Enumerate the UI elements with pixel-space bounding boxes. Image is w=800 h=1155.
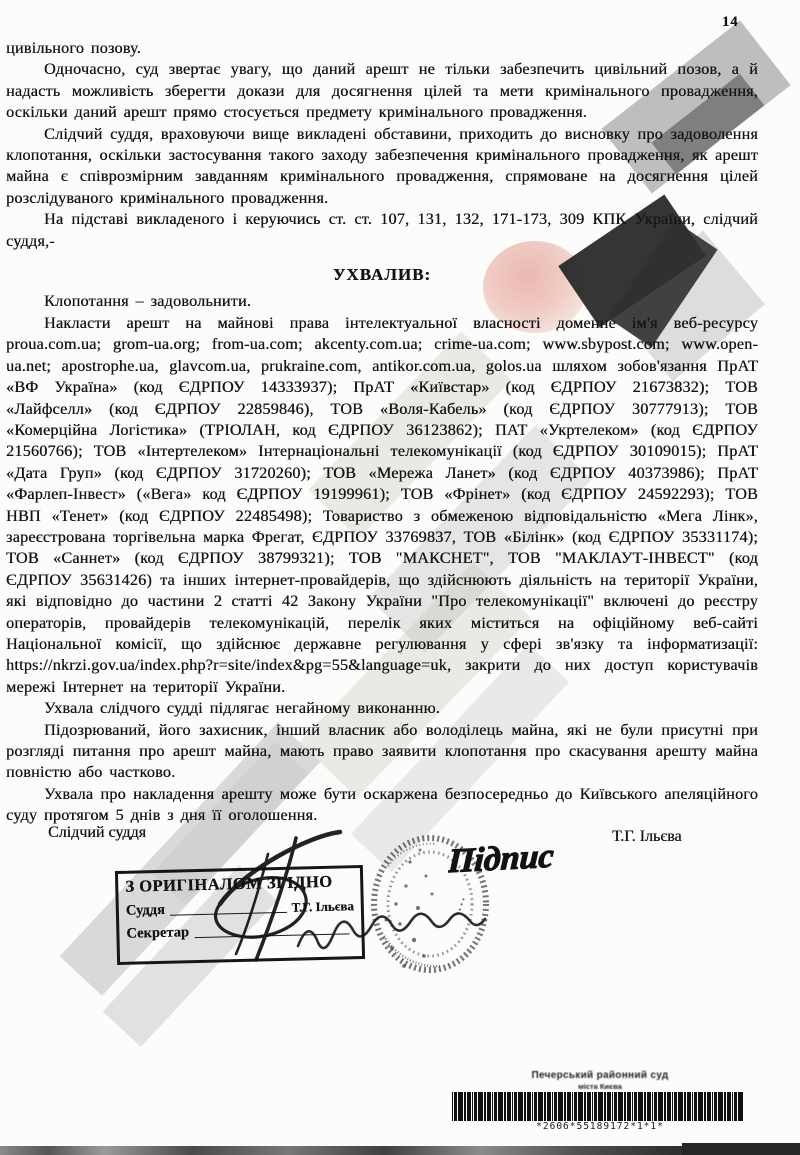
barcode-number: *2606*55189172*1*1* bbox=[452, 1121, 748, 1132]
paragraph: Слідчий суддя, враховуючи вище викладені… bbox=[6, 124, 758, 210]
page-number: 14 bbox=[722, 14, 739, 31]
paragraph: Клопотання – задовольнити. bbox=[6, 291, 758, 312]
signature-line bbox=[194, 921, 350, 938]
footer-court-name: Печерський районний суд bbox=[452, 1070, 748, 1081]
stamp-title: З ОРИГІНАЛОМ ЗГІДНО bbox=[125, 871, 353, 897]
footer-court-city: міста Києва bbox=[452, 1082, 748, 1091]
stamp-secretary-label: Секретар bbox=[126, 924, 189, 943]
stamp-judge-name: Т.Г. Ільєва bbox=[291, 898, 354, 916]
judge-title-label: Слідчий суддя bbox=[48, 824, 146, 842]
paragraph: Накласти арешт на майнові права інтелект… bbox=[6, 313, 758, 698]
judge-name: Т.Г. Ільєва bbox=[612, 828, 682, 846]
scan-edge-strip-right bbox=[682, 1143, 800, 1155]
barcode-gap bbox=[743, 1092, 744, 1121]
ruling-heading: УХВАЛИВ: bbox=[6, 264, 758, 285]
handwritten-note: Підпис bbox=[448, 830, 608, 892]
stamp-judge-label: Суддя bbox=[126, 902, 165, 920]
seal-rim-text: • • • bbox=[454, 896, 468, 913]
stamp-judge-row: Суддя Т.Г. Ільєва bbox=[126, 897, 354, 920]
paragraph: Підозрюваний, його захисник, інший власн… bbox=[6, 720, 758, 784]
paragraph: Ухвала слідчого судді підлягає негайному… bbox=[6, 698, 758, 719]
paragraph: Одночасно, суд звертає увагу, що даний а… bbox=[6, 59, 758, 123]
document-body: цивільного позову.Одночасно, суд звертає… bbox=[6, 38, 758, 827]
footer-court-block: Печерський районний суд міста Києва bbox=[452, 1070, 748, 1091]
barcode bbox=[452, 1092, 748, 1121]
paragraph: Ухвала про накладення арешту може бути о… bbox=[6, 784, 758, 827]
scanned-court-document-page: 14 цивільного позову.Одночасно, суд звер… bbox=[0, 0, 800, 1155]
scan-edge-strip bbox=[0, 1146, 800, 1155]
paragraph: цивільного позову. bbox=[6, 38, 758, 59]
court-seal-icon: • • • bbox=[366, 816, 500, 992]
paragraph: На підставі викладеного і керуючись ст. … bbox=[6, 209, 758, 252]
signature-line bbox=[170, 900, 287, 916]
certification-stamp: З ОРИГІНАЛОМ ЗГІДНО Суддя Т.Г. Ільєва Се… bbox=[115, 865, 365, 965]
handwritten-note-text: Підпис bbox=[448, 838, 555, 881]
stamp-secretary-row: Секретар bbox=[126, 920, 354, 943]
